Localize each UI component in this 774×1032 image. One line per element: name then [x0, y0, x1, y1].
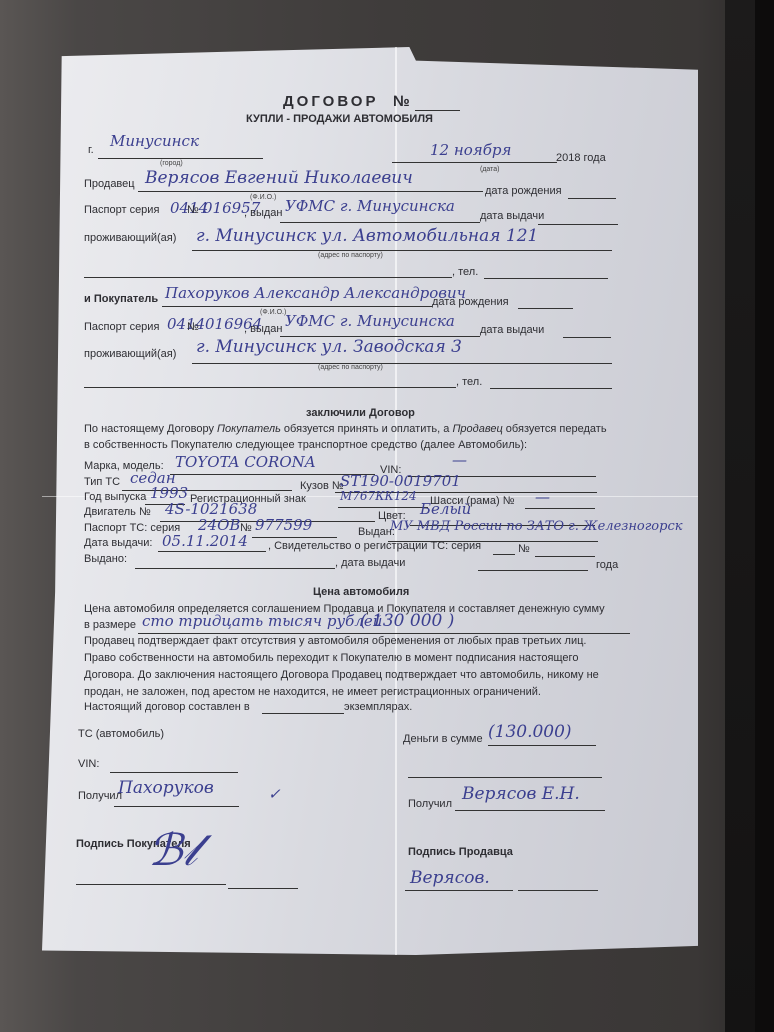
seller-issue-date-label: дата выдачи: [480, 210, 544, 222]
seller-name-line: [138, 191, 483, 192]
seller-birth-label: дата рождения: [485, 185, 562, 197]
seller-name[interactable]: Верясов Евгений Николаевич: [145, 168, 413, 188]
buyer-term: Покупатель: [217, 423, 281, 435]
price-heading: Цена автомобиля: [313, 586, 409, 598]
pts-date[interactable]: 05.11.2014: [162, 532, 248, 550]
buyer-name[interactable]: Пахоруков Александр Александрович: [165, 284, 466, 302]
buyer-issue-date-label: дата выдачи: [480, 324, 544, 336]
sign-vin-field[interactable]: [110, 772, 238, 773]
seller-address[interactable]: г. Минусинск ул. Автомобильная 121: [196, 226, 538, 246]
agreement-line-1: По настоящему Договору Покупатель обязуе…: [84, 423, 607, 435]
chassis-line: [525, 508, 595, 509]
cert-no-field[interactable]: [535, 556, 595, 557]
issue-date2-field[interactable]: [478, 570, 588, 571]
amount-text[interactable]: сто тридцать тысяч рублей: [142, 612, 382, 630]
cert-series-field[interactable]: [493, 554, 515, 555]
seller-issued-by[interactable]: УФМС г. Минусинска: [285, 197, 455, 215]
buyer-sign-line-1: [76, 884, 226, 885]
seller-address-caption: (адрес по паспорту): [318, 252, 383, 259]
buyer-address-line-2[interactable]: [84, 387, 456, 388]
document-title: ДОГОВОР: [283, 93, 378, 110]
seller-issued-label: , выдан: [244, 207, 282, 219]
seller-received-line: [455, 810, 605, 811]
copies-suffix: экземплярах.: [344, 701, 412, 713]
color-value[interactable]: Белый: [420, 500, 471, 518]
seller-sign-line-2: [518, 890, 598, 891]
seller-sign-line-1: [405, 890, 513, 891]
city-caption: (город): [160, 160, 183, 167]
buyer-passport-series-label: Паспорт серия: [84, 321, 159, 333]
price-para-1: Продавец подтверждает факт отсутствия у …: [84, 635, 586, 647]
city-line: [98, 158, 263, 159]
buyer-residing-label: проживающий(ая): [84, 348, 176, 360]
copies-field[interactable]: [262, 713, 344, 714]
agreement-line-2: в собственность Покупателю следующее тра…: [84, 439, 527, 451]
contract-number-label: №: [393, 93, 413, 110]
year-label: Год выпуска: [84, 491, 146, 503]
seller-label: Продавец: [84, 178, 135, 190]
buyer-fio-caption: (Ф.И.О.): [260, 309, 286, 316]
pts-no-line: [252, 537, 337, 538]
money-line-2[interactable]: [408, 777, 602, 778]
money-line: [488, 745, 596, 746]
vin-value[interactable]: —: [452, 451, 467, 469]
document-subtitle: КУПЛИ - ПРОДАЖИ АВТОМОБИЛЯ: [246, 113, 433, 125]
buyer-address[interactable]: г. Минусинск ул. Заводская 3: [196, 337, 462, 357]
buyer-received-line: [114, 806, 239, 807]
buyer-received-label: Получил: [78, 790, 122, 802]
buyer-received-name[interactable]: Пахоруков: [118, 778, 214, 798]
seller-issue-date-field[interactable]: [538, 224, 618, 225]
seller-birth-field[interactable]: [568, 198, 616, 199]
seller-phone-label: , тел.: [452, 266, 478, 278]
engine-label: Двигатель №: [84, 506, 151, 518]
buyer-birth-label: дата рождения: [432, 296, 509, 308]
pts-date-label: Дата выдачи:: [84, 537, 152, 549]
agreement-text: обязуется принять и оплатить, а: [281, 423, 453, 435]
contract-document: ДОГОВОР № КУПЛИ - ПРОДАЖИ АВТОМОБИЛЯ г. …: [0, 0, 774, 1032]
amount-label: в размере: [84, 619, 136, 631]
amount-number[interactable]: ( 130 000 ): [360, 611, 454, 631]
body-value[interactable]: ST190-0019701: [340, 472, 461, 490]
buyer-phone-label: , тел.: [456, 376, 482, 388]
seller-phone-field[interactable]: [484, 278, 608, 279]
price-para-2: Право собственности на автомобиль перехо…: [84, 652, 578, 664]
buyer-label: и Покупатель: [84, 293, 158, 305]
pts-issued-by[interactable]: МУ МВД России по ЗАТО г. Железногорск: [390, 519, 683, 534]
reg-value[interactable]: М767КК124: [340, 489, 417, 503]
seller-passport-series-label: Паспорт серия: [84, 204, 159, 216]
seller-signature[interactable]: Верясов.: [410, 868, 490, 888]
buyer-issued-label: , выдан: [244, 323, 282, 335]
cert-no-label: №: [518, 543, 530, 555]
buyer-sign-line-2: [228, 888, 298, 889]
reg-line: [338, 507, 428, 508]
price-para-4: продан, не заложен, под арестом не наход…: [84, 686, 541, 698]
agreement-text: обязуется передать: [503, 423, 607, 435]
seller-address-line-2[interactable]: [84, 277, 452, 278]
buyer-name-line: [162, 306, 432, 307]
buyer-issued-by[interactable]: УФМС г. Минусинска: [285, 312, 455, 330]
date-value[interactable]: 12 ноября: [430, 141, 511, 159]
city-value[interactable]: Минусинск: [110, 132, 199, 150]
contract-number-field[interactable]: [415, 110, 460, 111]
buyer-check-icon: ✓: [268, 785, 281, 803]
seller-term: Продавец: [452, 423, 502, 435]
pts-no[interactable]: 977599: [255, 516, 312, 534]
copies-label: Настоящий договор составлен в: [84, 701, 250, 713]
pts-date-line: [158, 551, 266, 552]
buyer-passport-no-label: №: [187, 321, 199, 333]
seller-address-line: [192, 250, 612, 251]
year-suffix: 2018 года: [556, 152, 606, 164]
buyer-signature[interactable]: ℬ𝓁: [148, 825, 197, 876]
date-line: [392, 162, 557, 163]
money-label: Деньги в сумме: [403, 733, 483, 745]
buyer-birth-field[interactable]: [518, 308, 573, 309]
issue-date2-label: , дата выдачи: [335, 557, 405, 569]
sign-vin-label: VIN:: [78, 758, 99, 770]
buyer-address-caption: (адрес по паспорту): [318, 364, 383, 371]
type-line: [122, 490, 292, 491]
amount-line: [138, 633, 630, 634]
city-prefix: г.: [88, 144, 94, 156]
body-label: Кузов №: [300, 480, 344, 492]
agreement-heading: заключили Договор: [306, 407, 415, 419]
buyer-issue-date-field[interactable]: [563, 337, 611, 338]
money-value[interactable]: (130.000): [488, 722, 572, 742]
price-para-3: Договора. До заключения настоящего Догов…: [84, 669, 599, 681]
issued2-field[interactable]: [135, 568, 335, 569]
agreement-text: По настоящему Договору: [84, 423, 217, 435]
type-label: Тип ТС: [84, 476, 120, 488]
issued2-label: Выдано:: [84, 553, 127, 565]
buyer-phone-field[interactable]: [490, 388, 612, 389]
seller-passport-no-label: №: [187, 204, 199, 216]
make-value[interactable]: TOYOTA CORONA: [175, 453, 316, 471]
date-caption: (дата): [480, 166, 500, 173]
buyer-address-line: [192, 363, 612, 364]
seller-sign-label: Подпись Продавца: [408, 846, 513, 858]
seller-received-label: Получил: [408, 798, 452, 810]
seller-received-name[interactable]: Верясов Е.Н.: [462, 784, 580, 804]
year2-label: года: [596, 559, 618, 571]
cert-label: , Свидетельство о регистрации ТС: серия: [268, 540, 481, 552]
seller-residing-label: проживающий(ая): [84, 232, 176, 244]
chassis-value[interactable]: —: [535, 488, 550, 506]
seller-issued-line: [280, 222, 480, 223]
vehicle-received-label: ТС (автомобиль): [78, 728, 164, 740]
